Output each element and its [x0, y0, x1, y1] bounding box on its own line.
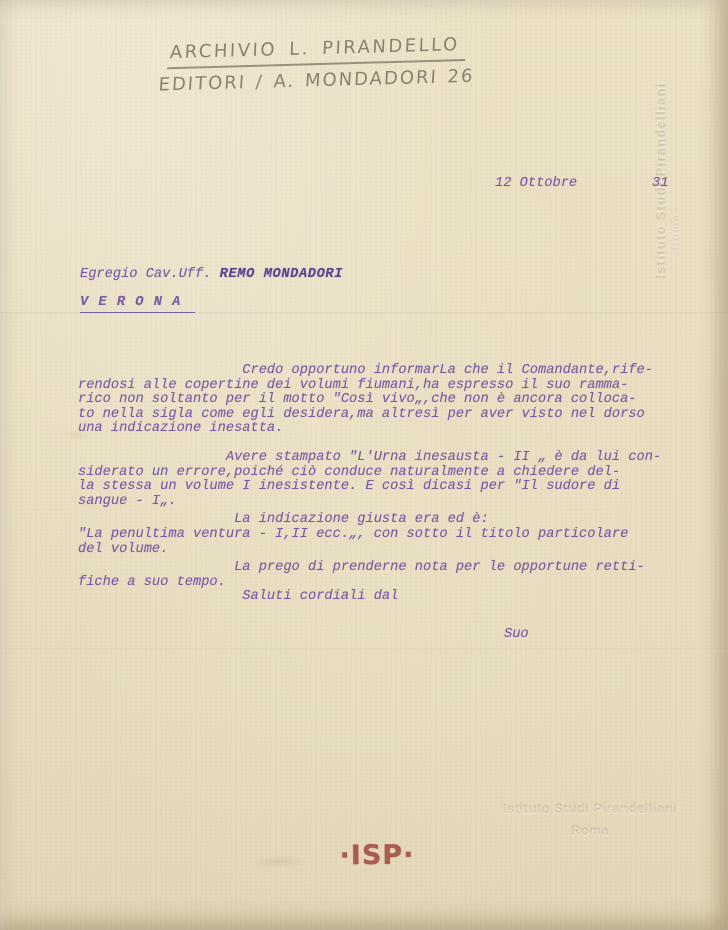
letter-body: Credo opportuno informarLa che il Comand… [78, 364, 668, 609]
recipient-name: REMO MONDADORI [220, 267, 343, 282]
signature-suo: Suo [504, 627, 529, 642]
body-paragraph: Credo opportuno informarLa che il Comand… [78, 364, 668, 437]
paper-smudge [250, 855, 310, 869]
isp-stamp: ·ISP· [322, 840, 432, 872]
embossed-watermark-bottom-line2: Roma [470, 820, 710, 842]
recipient-salutation: Egregio Cav.Uff. [80, 267, 220, 282]
body-paragraph: Saluti cordiali dal [78, 590, 668, 605]
archive-annotation: ARCHIVIO L. PIRANDELLO EDITORI / A. MOND… [167, 36, 474, 95]
body-paragraph: La indicazione giusta era ed è: "La penu… [78, 513, 668, 557]
body-paragraph: La prego di prenderne nota per le opport… [78, 561, 668, 590]
archive-annotation-line2: EDITORI / A. MONDADORI 26 [158, 68, 475, 95]
recipient-city: V E R O N A [80, 295, 195, 313]
fold-crease [0, 648, 728, 651]
embossed-watermark-side-roma: Roma [670, 170, 682, 250]
letter-page: Istituto Studi Pirandelliani Roma ARCHIV… [0, 0, 728, 930]
archive-annotation-line1: ARCHIVIO L. PIRANDELLO [167, 36, 466, 69]
embossed-watermark-bottom-line1: Istituto Studi Pirandelliani [470, 798, 710, 820]
date-year: 31 [652, 176, 668, 191]
embossed-watermark-bottom: Istituto Studi Pirandelliani Roma [470, 798, 710, 842]
embossed-watermark-side: Istituto Studi Pirandelliani [654, 18, 668, 278]
body-paragraph: Avere stampato "L'Urna inesausta - II „ … [78, 451, 668, 509]
date-text: 12 Ottobre [495, 176, 577, 191]
recipient-line: Egregio Cav.Uff. REMO MONDADORI [80, 267, 343, 282]
